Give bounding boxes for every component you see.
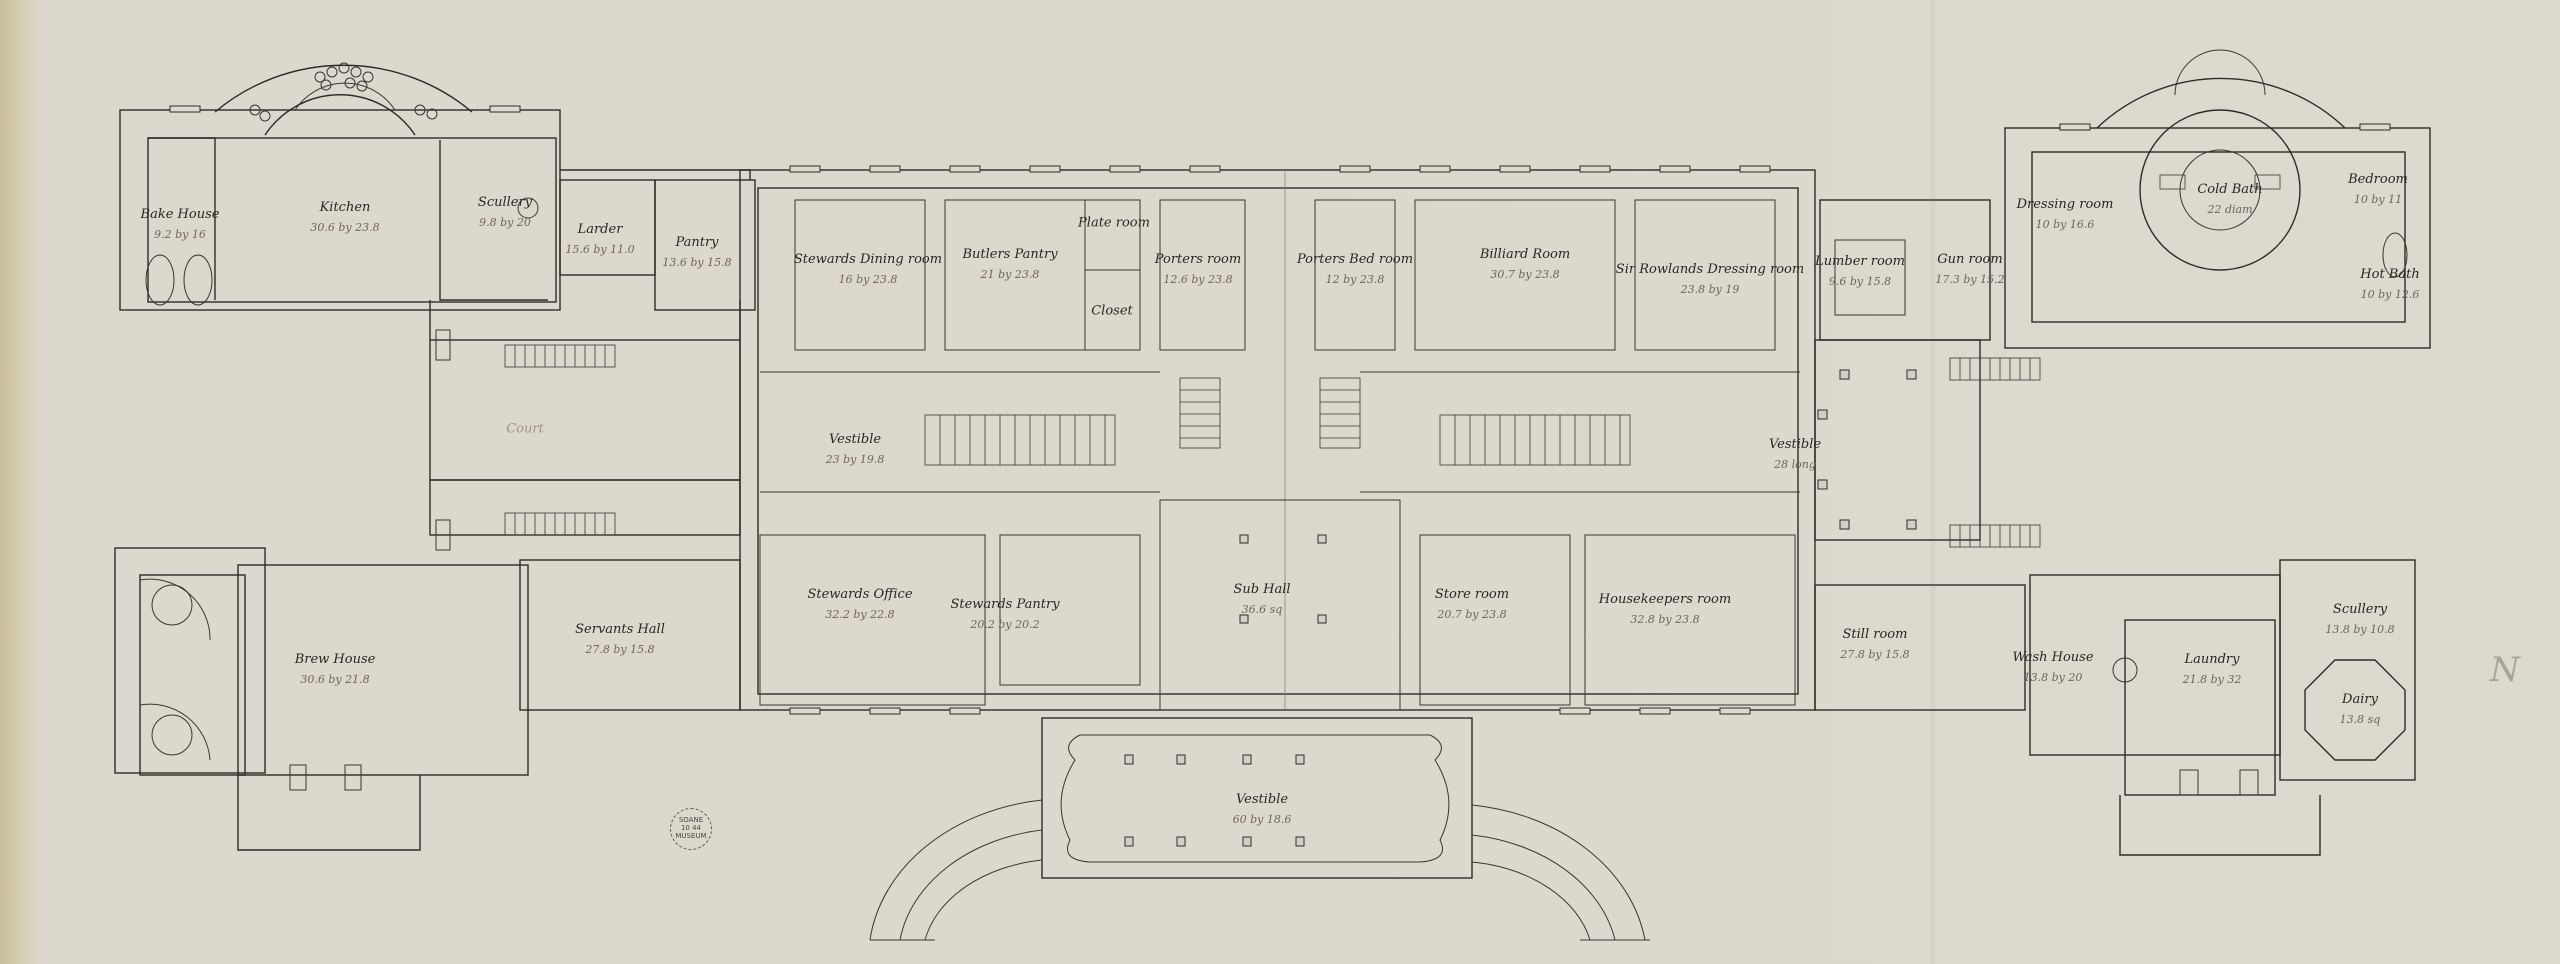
room-label-vestible-west: Vestible23 by 19.8 — [826, 433, 885, 467]
room-dimensions: 36.6 sq — [1233, 604, 1290, 617]
room-name: Gun room — [1935, 253, 2004, 268]
room-name: Dressing room — [2017, 198, 2114, 213]
room-name: Closet — [1091, 305, 1133, 320]
west-wing-outline — [120, 63, 755, 310]
room-name: Plate room — [1078, 217, 1150, 232]
room-name: Scullery — [2325, 603, 2394, 618]
room-name: Stewards Dining room — [794, 253, 942, 268]
room-label-scullery-east: Scullery13.8 by 10.8 — [2325, 603, 2394, 637]
room-dimensions: 28 long — [1769, 459, 1821, 472]
room-label-brew-house: Brew House30.6 by 21.8 — [295, 653, 376, 687]
room-name: Billiard Room — [1480, 248, 1570, 263]
room-dimensions: 10 by 11 — [2348, 194, 2408, 207]
room-dimensions: 17.3 by 15.2 — [1935, 274, 2004, 287]
room-name: Sub Hall — [1233, 583, 1290, 598]
room-label-hot-bath: Hot Bath10 by 12.6 — [2360, 268, 2419, 302]
room-dimensions: 21 by 23.8 — [962, 269, 1057, 282]
room-label-lumber-room: Lumber room9.6 by 15.8 — [1815, 255, 1905, 289]
room-name: Stewards Office — [807, 588, 912, 603]
room-dimensions: 20.2 by 20.2 — [950, 619, 1059, 632]
room-dimensions: 22 diam — [2197, 204, 2262, 217]
room-name: Larder — [565, 223, 634, 238]
room-dimensions: 27.8 by 15.8 — [1840, 649, 1909, 662]
room-dimensions: 30.6 by 21.8 — [295, 674, 376, 687]
room-label-stewards-pantry: Stewards Pantry20.2 by 20.2 — [950, 598, 1059, 632]
brew-house-block — [115, 548, 740, 850]
room-name: Laundry — [2183, 653, 2242, 668]
room-name: Porters Bed room — [1297, 253, 1413, 268]
room-label-larder: Larder15.6 by 11.0 — [565, 223, 634, 257]
room-label-stewards-office: Stewards Office32.2 by 22.8 — [807, 588, 912, 622]
court-block — [430, 300, 740, 550]
room-dimensions: 21.8 by 32 — [2183, 674, 2242, 687]
room-name: Hot Bath — [2360, 268, 2419, 283]
room-name: Sir Rowlands Dressing room — [1616, 263, 1804, 278]
room-name: Porters room — [1155, 253, 1241, 268]
drawing-sheet: Bake House9.2 by 16Kitchen30.6 by 23.8Sc… — [0, 0, 2560, 964]
room-label-cold-bath: Cold Bath22 diam — [2197, 183, 2262, 217]
room-label-servants-hall: Servants Hall27.8 by 15.8 — [575, 623, 665, 657]
room-name: Court — [506, 423, 544, 438]
south-vestible — [870, 718, 1650, 940]
room-name: Kitchen — [310, 201, 379, 216]
room-label-billiard-room: Billiard Room30.7 by 23.8 — [1480, 248, 1570, 282]
room-label-scullery-west: Scullery9.8 by 20 — [478, 196, 532, 230]
room-label-store-room: Store room20.7 by 23.8 — [1435, 588, 1509, 622]
room-dimensions: 9.6 by 15.8 — [1815, 276, 1905, 289]
room-dimensions: 9.2 by 16 — [141, 229, 220, 242]
room-name: Vestible — [1233, 793, 1292, 808]
room-label-laundry: Laundry21.8 by 32 — [2183, 653, 2242, 687]
room-name: Still room — [1840, 628, 1909, 643]
margin-pencil-mark: N — [2490, 650, 2520, 690]
room-dimensions: 13.8 sq — [2340, 714, 2381, 727]
room-label-sub-hall: Sub Hall36.6 sq — [1233, 583, 1290, 617]
room-dimensions: 32.2 by 22.8 — [807, 609, 912, 622]
central-block — [740, 170, 1815, 710]
room-dimensions: 20.7 by 23.8 — [1435, 609, 1509, 622]
room-name: Bake House — [141, 208, 220, 223]
room-name: Dairy — [2340, 693, 2381, 708]
stamp-line-3: MUSEUM — [675, 833, 706, 841]
room-name: Housekeepers room — [1599, 593, 1731, 608]
room-name: Vestible — [1769, 438, 1821, 453]
room-label-dairy: Dairy13.8 sq — [2340, 693, 2381, 727]
room-name: Vestible — [826, 433, 885, 448]
room-label-dressing-room-east: Dressing room10 by 16.6 — [2017, 198, 2114, 232]
room-dimensions: 9.8 by 20 — [478, 217, 532, 230]
room-name: Bedroom — [2348, 173, 2408, 188]
room-label-bake-house: Bake House9.2 by 16 — [141, 208, 220, 242]
room-label-bedroom-east: Bedroom10 by 11 — [2348, 173, 2408, 207]
room-name: Brew House — [295, 653, 376, 668]
room-label-wash-house: Wash House13.8 by 20 — [2012, 651, 2093, 685]
room-dimensions: 30.7 by 23.8 — [1480, 269, 1570, 282]
room-label-porters-room: Porters room12.6 by 23.8 — [1155, 253, 1241, 287]
room-dimensions: 13.6 by 15.8 — [662, 257, 731, 270]
room-name: Scullery — [478, 196, 532, 211]
room-dimensions: 10 by 16.6 — [2017, 219, 2114, 232]
room-label-gun-room: Gun room17.3 by 15.2 — [1935, 253, 2004, 287]
room-label-still-room: Still room27.8 by 15.8 — [1840, 628, 1909, 662]
room-dimensions: 12 by 23.8 — [1297, 274, 1413, 287]
room-label-closet: Closet — [1091, 305, 1133, 320]
room-label-housekeepers-room: Housekeepers room32.8 by 23.8 — [1599, 593, 1731, 627]
room-name: Lumber room — [1815, 255, 1905, 270]
room-dimensions: 30.6 by 23.8 — [310, 222, 379, 235]
room-label-pantry: Pantry13.6 by 15.8 — [662, 236, 731, 270]
room-label-court: Court — [506, 423, 544, 438]
room-dimensions: 12.6 by 23.8 — [1155, 274, 1241, 287]
room-dimensions: 13.8 by 20 — [2012, 672, 2093, 685]
room-label-kitchen: Kitchen30.6 by 23.8 — [310, 201, 379, 235]
room-dimensions: 27.8 by 15.8 — [575, 644, 665, 657]
room-dimensions: 16 by 23.8 — [794, 274, 942, 287]
room-label-vestible-east: Vestible28 long — [1769, 438, 1821, 472]
room-label-plate-room: Plate room — [1078, 217, 1150, 232]
room-dimensions: 23.8 by 19 — [1616, 284, 1804, 297]
museum-stamp: SOANE 10 44 MUSEUM — [670, 808, 712, 850]
room-name: Butlers Pantry — [962, 248, 1057, 263]
room-label-porters-bed-room: Porters Bed room12 by 23.8 — [1297, 253, 1413, 287]
room-name: Cold Bath — [2197, 183, 2262, 198]
room-name: Stewards Pantry — [950, 598, 1059, 613]
room-dimensions: 32.8 by 23.8 — [1599, 614, 1731, 627]
room-dimensions: 15.6 by 11.0 — [565, 244, 634, 257]
room-label-sir-rowlands-dressing-room: Sir Rowlands Dressing room23.8 by 19 — [1616, 263, 1804, 297]
room-dimensions: 10 by 12.6 — [2360, 289, 2419, 302]
room-name: Servants Hall — [575, 623, 665, 638]
room-dimensions: 23 by 19.8 — [826, 454, 885, 467]
room-label-vestible-south: Vestible60 by 18.6 — [1233, 793, 1292, 827]
room-name: Store room — [1435, 588, 1509, 603]
room-dimensions: 13.8 by 10.8 — [2325, 624, 2394, 637]
room-label-butlers-pantry: Butlers Pantry21 by 23.8 — [962, 248, 1057, 282]
room-name: Pantry — [662, 236, 731, 251]
room-label-stewards-dining-room: Stewards Dining room16 by 23.8 — [794, 253, 942, 287]
room-dimensions: 60 by 18.6 — [1233, 814, 1292, 827]
room-name: Wash House — [2012, 651, 2093, 666]
